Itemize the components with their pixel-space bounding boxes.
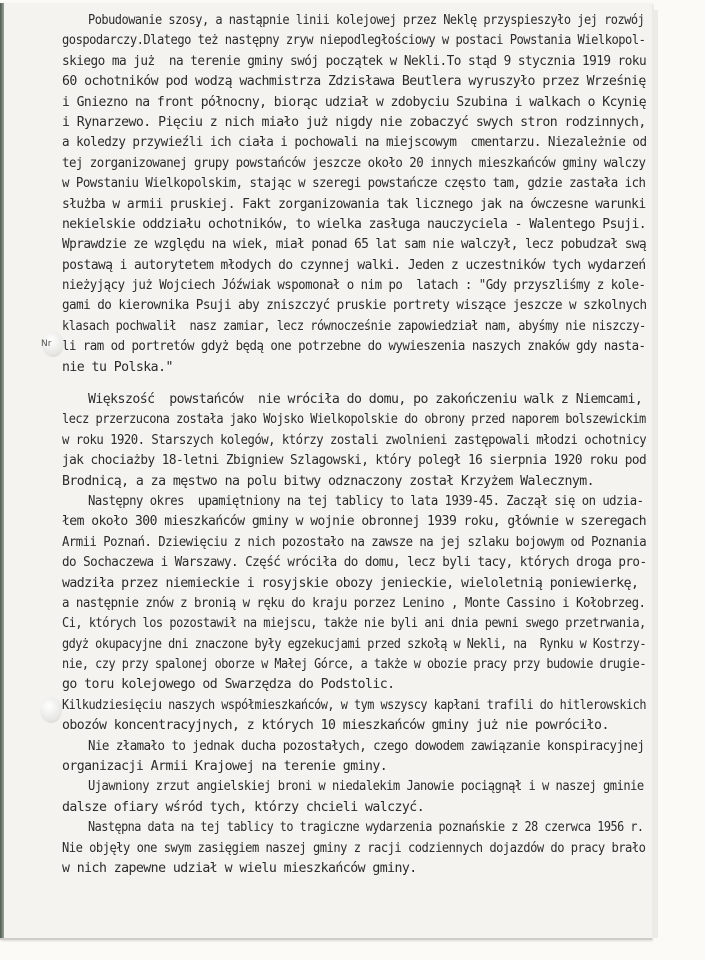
text-line: nieżyjący już Wojciech Jóźwiak wspomonał…: [62, 278, 645, 294]
text-line: lecz przerzucona została jako Wojsko Wie…: [62, 412, 646, 428]
text-line: w nich zapewne udział w wielu mieszkańcó…: [62, 861, 417, 877]
text-line: Większość powstańców nie wróciła do domu…: [88, 392, 642, 408]
text-line: służba w armii pruskiej. Fakt zorganizow…: [62, 197, 646, 213]
text-line: postawą i autorytetem młodych do czynnej…: [62, 258, 646, 274]
text-line: dalsze ofiary wśród tych, którzy chcieli…: [62, 800, 424, 816]
text-line: Kilkudziesięciu naszych współmieszkańców…: [62, 698, 646, 714]
text-line: Nie złamało to jednak ducha pozostałych,…: [88, 739, 644, 755]
page-left-edge: [0, 3, 4, 938]
text-line: nie tu Polska.": [62, 360, 173, 376]
text-line: i Gniezno na front północny, biorąc udzi…: [62, 95, 646, 111]
text-line: Ujawniony zrzut angielskiej broni w nied…: [88, 779, 644, 795]
text-line: w roku 1920. Starszych kolegów, którzy z…: [62, 433, 646, 449]
text-line: i Rynarzewo. Pięciu z nich miało już nig…: [62, 115, 646, 131]
margin-mark: Nr: [41, 339, 51, 349]
text-line: a następnie znów z bronią w ręku do kraj…: [62, 596, 645, 612]
text-line: li ram od portretów gdyż będą one potrze…: [62, 339, 645, 355]
text-line: Wprawdzie ze względu na wiek, miał ponad…: [62, 237, 646, 253]
text-line: do Sochaczewa i Warszawy. Część wróciła …: [62, 555, 647, 571]
text-line: łem około 300 mieszkańców gminy w wojnie…: [62, 514, 646, 530]
text-line: obozów koncentracyjnych, z których 10 mi…: [62, 718, 609, 734]
text-line: klasach pochwalił nasz zamiar, lecz równ…: [62, 319, 646, 335]
text-line: Armii Poznań. Dziewięciu z nich pozostał…: [62, 535, 646, 551]
text-line: gami do kierownika Psuji aby zniszczyć p…: [62, 298, 647, 314]
text-line: Pobudowanie szosy, a nastąpnie linii kol…: [88, 13, 644, 29]
text-line: gospodarczy.Dlatego też następny zryw ni…: [62, 33, 645, 49]
text-line: Następna data na tej tablicy to tragiczn…: [88, 820, 644, 836]
text-line: wadziła przez niemieckie i rosyjskie obo…: [62, 576, 638, 592]
text-line: organizacji Armii Krajowej na terenie gm…: [62, 759, 387, 775]
text-line: nie, czy przy spalonej oborze w Małej Gó…: [62, 657, 646, 673]
text-line: gdyż okupacyjne dni znaczone były egzeku…: [62, 637, 646, 653]
text-line: Brodnicą, a za męstwo na polu bitwy odzn…: [62, 474, 594, 490]
text-line: nekielskie oddziału ochotników, to wielk…: [62, 217, 646, 233]
text-line: Następny okres upamiętniony na tej tabli…: [88, 494, 643, 510]
page-right-edge: [652, 10, 658, 938]
text-line: jak chociażby 18-letni Zbigniew Szlagows…: [62, 453, 646, 469]
text-line: 60 ochotników pod wodzą wachmistrza Zdzi…: [62, 74, 646, 90]
text-line: a koledzy przywieźli ich ciała i pochowa…: [62, 135, 647, 151]
punch-hole-lower: [40, 697, 62, 723]
text-line: go toru kolejowego od Swarzędza do Podst…: [62, 677, 395, 693]
text-line: Nie objęły one swym zasięgiem naszej gmi…: [62, 841, 645, 857]
text-line: Ci, których los pozostawił na miejscu, t…: [62, 616, 646, 632]
text-line: skiego ma już na terenie gminy swój pocz…: [62, 54, 646, 70]
text-line: w Powstaniu Wielkopolskim, stając w szer…: [62, 176, 645, 192]
document-page: Pobudowanie szosy, a nastąpnie linii kol…: [0, 3, 652, 940]
text-line: tej zorganizowanej grupy powstańców jesz…: [62, 156, 645, 172]
